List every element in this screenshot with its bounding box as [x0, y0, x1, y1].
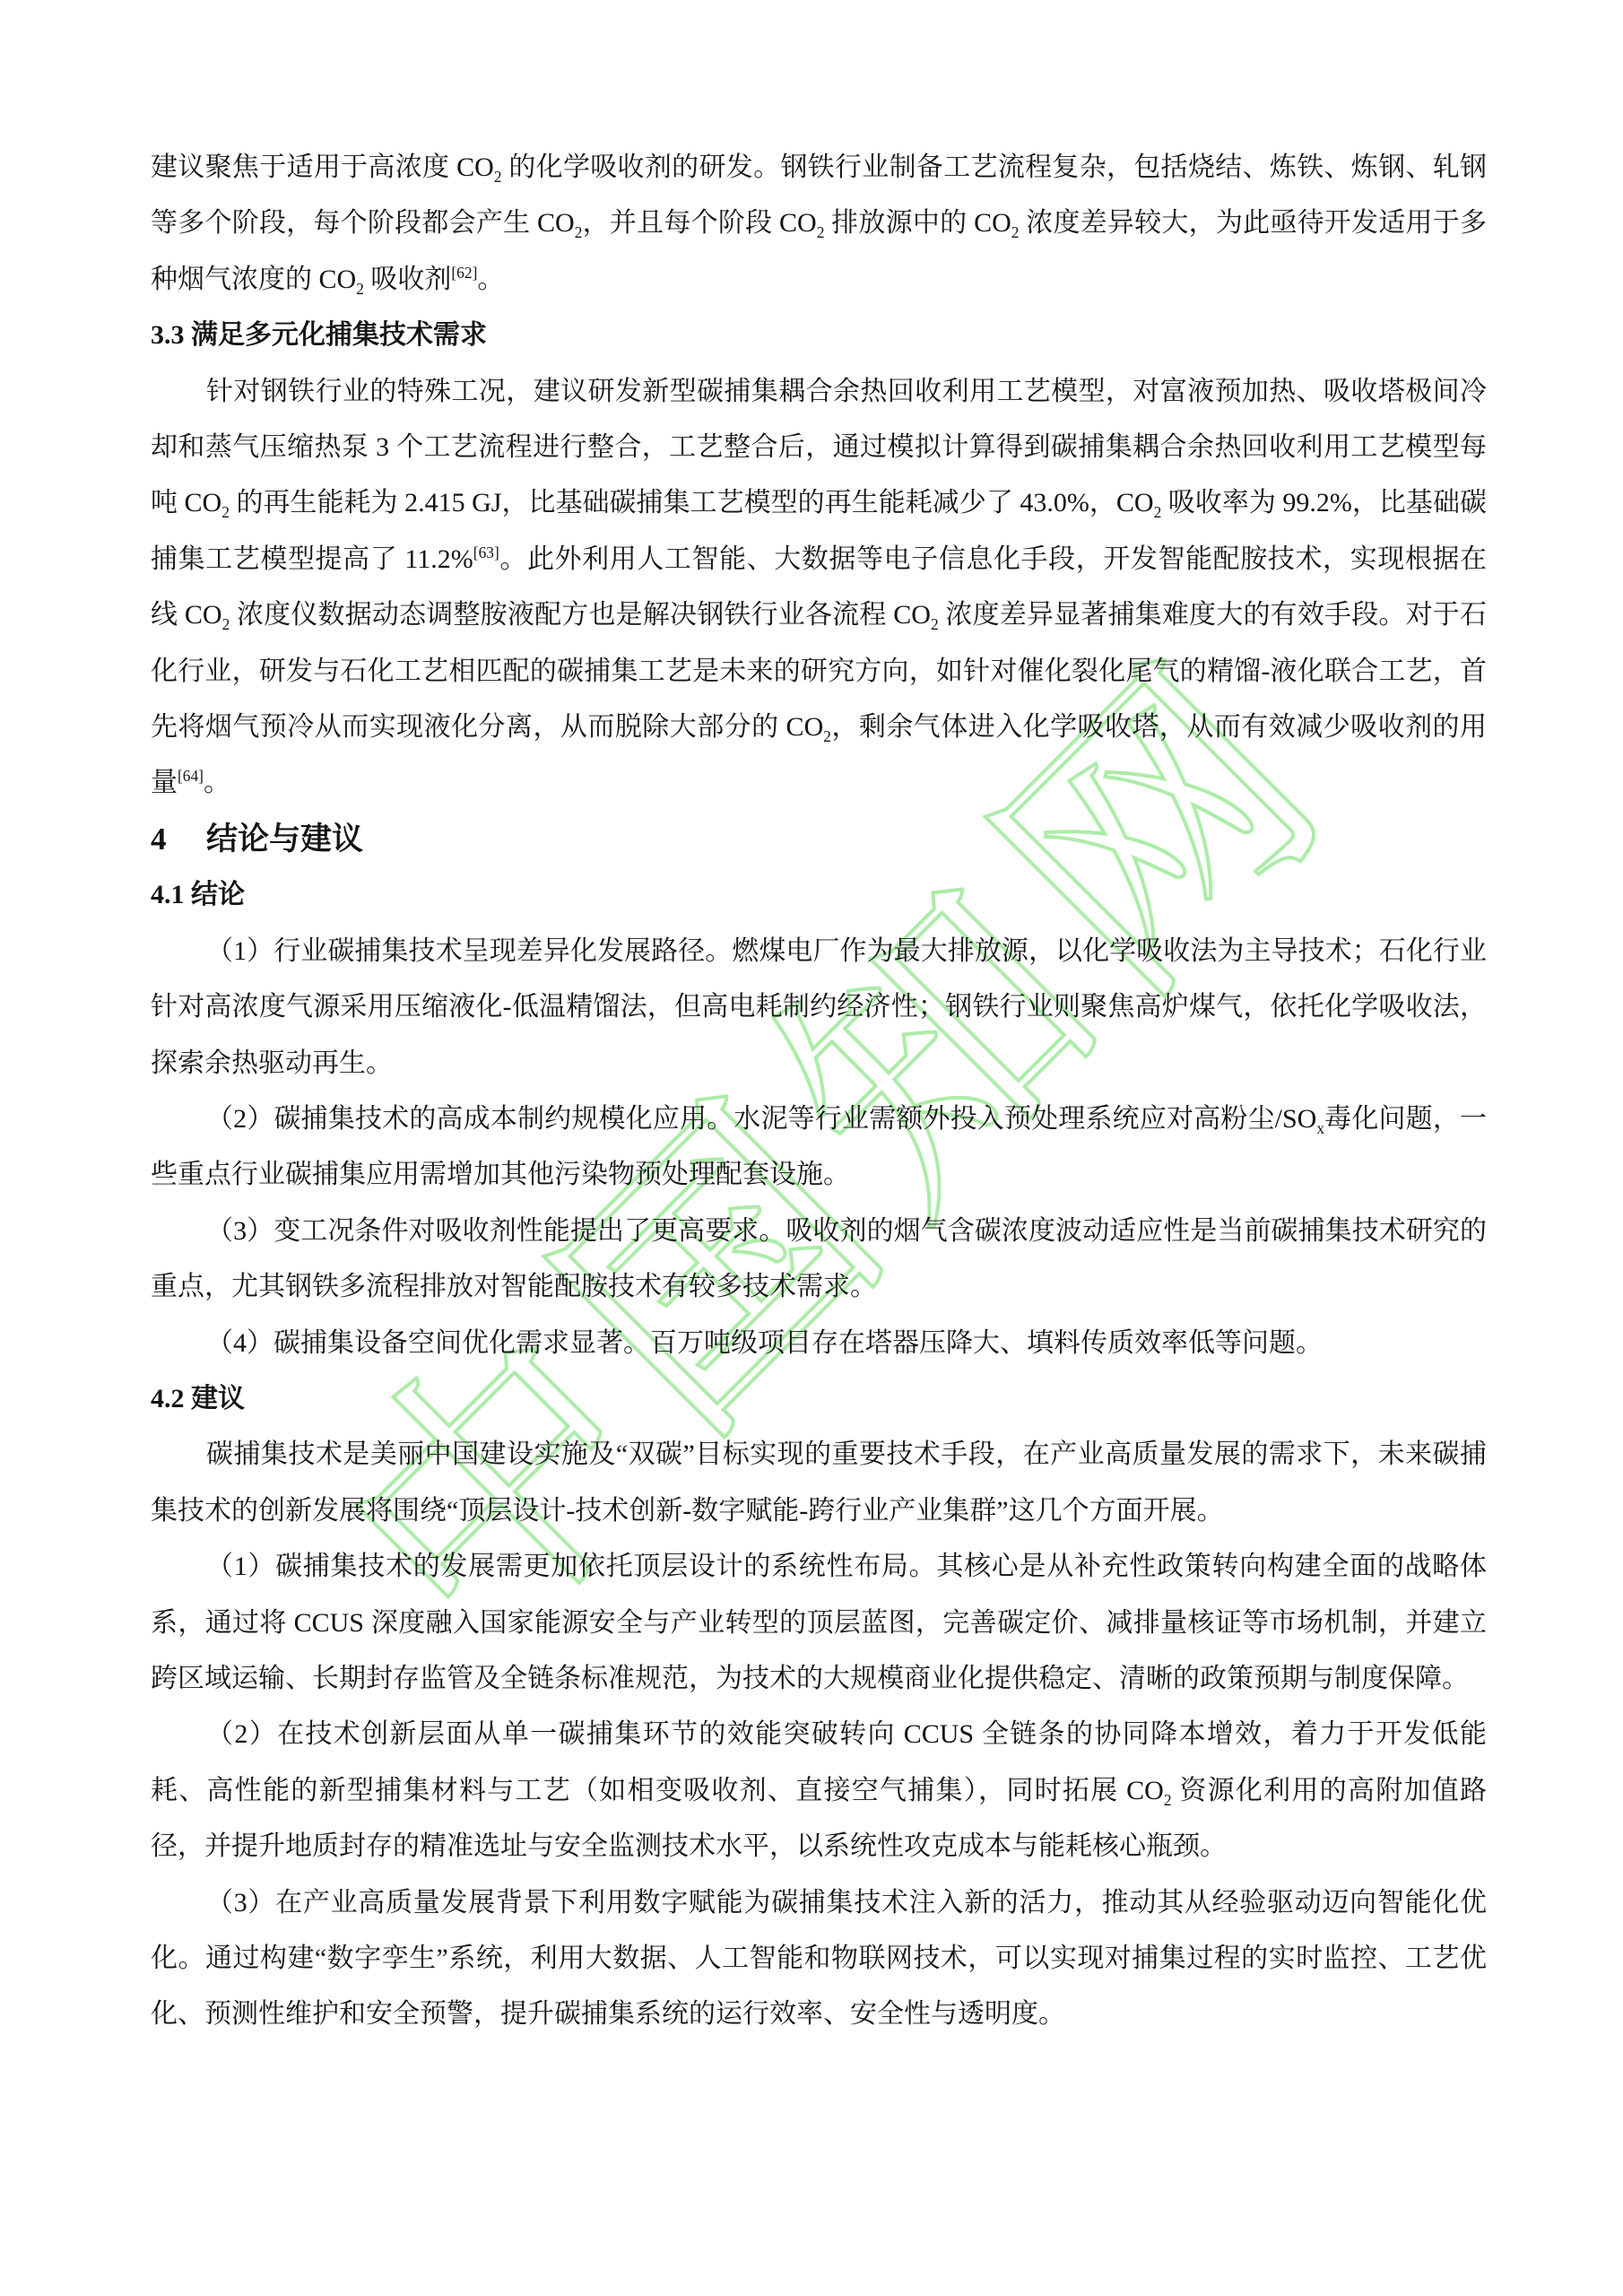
paragraph-suggestion-3: （3）在产业高质量发展背景下利用数字赋能为碳捕集技术注入新的活力，推动其从经验驱…: [151, 1875, 1487, 2043]
paper-page: 中国知网 建议聚焦于适用于高浓度 CO2 的化学吸收剂的研发。钢铁行业制备工艺流…: [0, 0, 1623, 2296]
paragraph-conclusion-4: （4）碳捕集设备空间优化需求显著。百万吨级项目存在塔器压降大、填料传质效率低等问…: [151, 1316, 1487, 1371]
paragraph-conclusion-3: （3）变工况条件对吸收剂性能提出了更高要求。吸收剂的烟气含碳浓度波动适应性是当前…: [151, 1204, 1487, 1316]
paper-content: 建议聚焦于适用于高浓度 CO2 的化学吸收剂的研发。钢铁行业制备工艺流程复杂，包…: [151, 140, 1487, 2043]
heading-3-3-diversified-capture: 3.3 满足多元化捕集技术需求: [151, 308, 1487, 363]
heading-4-1-conclusions: 4.1 结论: [151, 867, 1487, 923]
paragraph-conclusion-1: （1）行业碳捕集技术呈现差异化发展路径。燃煤电厂作为最大排放源，以化学吸收法为主…: [151, 924, 1487, 1091]
paragraph-suggestions-intro: 碳捕集技术是美丽中国建设实施及“双碳”目标实现的重要技术手段，在产业高质量发展的…: [151, 1427, 1487, 1539]
paragraph-suggestion-1: （1）碳捕集技术的发展需更加依托顶层设计的系统性布局。其核心是从补充性政策转向构…: [151, 1539, 1487, 1707]
paragraph-co2-absorbent-continuation: 建议聚焦于适用于高浓度 CO2 的化学吸收剂的研发。钢铁行业制备工艺流程复杂，包…: [151, 140, 1487, 308]
heading-4-conclusions-suggestions: 4结论与建议: [151, 812, 1487, 867]
paragraph-conclusion-2: （2）碳捕集技术的高成本制约规模化应用。水泥等行业需额外投入预处理系统应对高粉尘…: [151, 1091, 1487, 1204]
heading-4-number: 4: [151, 812, 206, 867]
heading-4-title: 结论与建议: [206, 822, 363, 857]
paragraph-steel-petrochemical-processes: 针对钢铁行业的特殊工况，建议研发新型碳捕集耦合余热回收利用工艺模型，对富液预加热…: [151, 364, 1487, 812]
heading-4-2-suggestions: 4.2 建议: [151, 1371, 1487, 1427]
paragraph-suggestion-2: （2）在技术创新层面从单一碳捕集环节的效能突破转向 CCUS 全链条的协同降本增…: [151, 1707, 1487, 1874]
